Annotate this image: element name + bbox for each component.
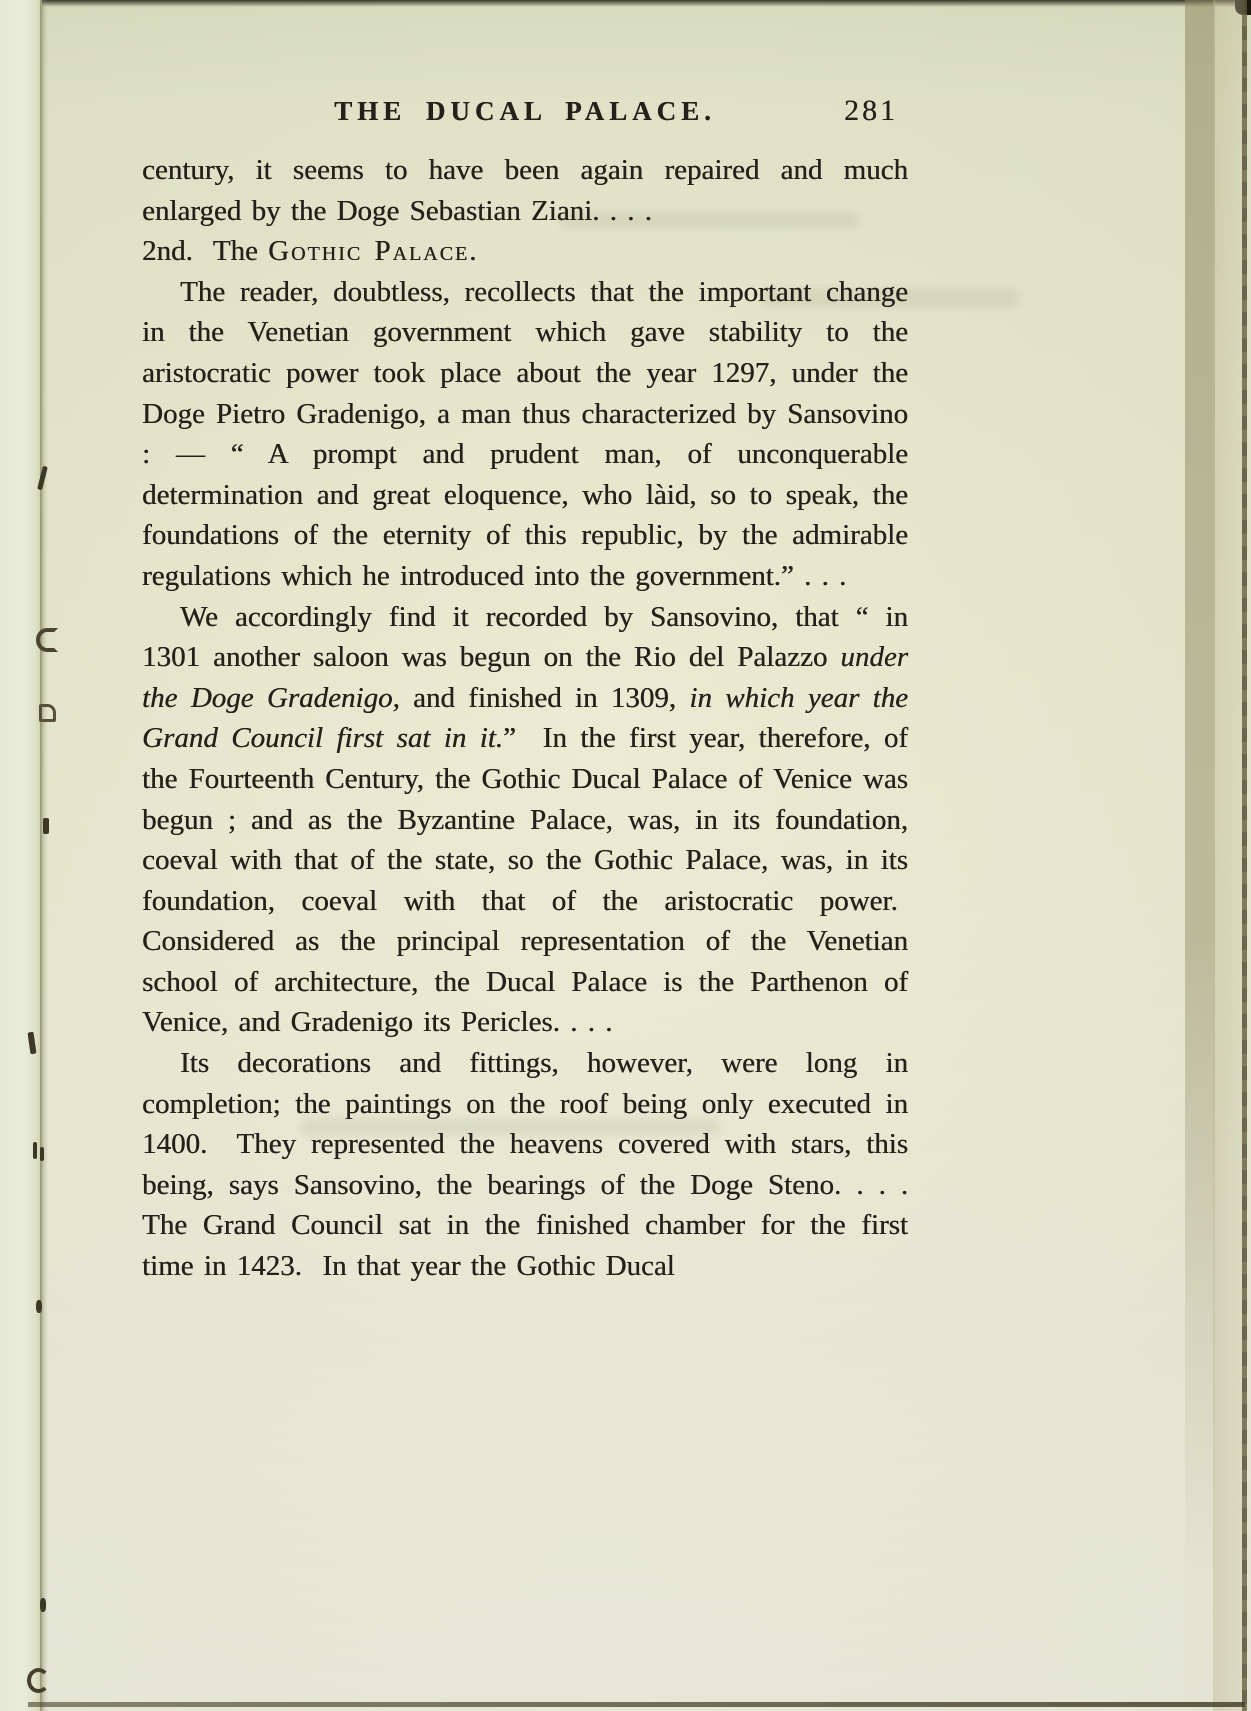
book-page: THE DUCAL PALACE. 281 century, it seems … bbox=[0, 0, 1251, 1711]
scan-bottom-edge bbox=[28, 1702, 1245, 1707]
running-head: THE DUCAL PALACE. 281 bbox=[142, 96, 908, 136]
running-title: THE DUCAL PALACE. bbox=[142, 96, 908, 127]
scan-right-edge bbox=[1242, 0, 1247, 1711]
text-segment: The reader, doubtless, recollects that t… bbox=[142, 276, 908, 592]
text-block: century, it seems to have been again rep… bbox=[142, 150, 908, 1287]
text-segment: 2nd. The bbox=[142, 235, 268, 267]
text-segment: and finished in 1309, bbox=[400, 682, 690, 714]
page-binding-edge bbox=[0, 0, 42, 1711]
paragraph: The reader, doubtless, recollects that t… bbox=[142, 272, 908, 597]
paragraph: century, it seems to have been again rep… bbox=[142, 150, 908, 231]
paragraph: 2nd. The Gothic Palace. bbox=[142, 231, 908, 272]
page-crease bbox=[40, 0, 48, 1711]
scan-mark bbox=[36, 628, 58, 652]
scan-mark bbox=[40, 1147, 44, 1161]
scan-top-edge bbox=[0, 0, 1251, 7]
scan-mark bbox=[39, 704, 56, 722]
page-stack-edge bbox=[1213, 0, 1245, 1711]
scan-mark bbox=[36, 1300, 42, 1313]
text-segment: Gothic Palace bbox=[268, 235, 469, 267]
paragraph: Its decorations and fittings, however, w… bbox=[142, 1043, 908, 1287]
text-segment: We accordingly find it recorded by Sanso… bbox=[142, 601, 908, 674]
page-number: 281 bbox=[844, 94, 898, 128]
page-stack-edge bbox=[1185, 0, 1215, 1711]
text-segment: ” In the first year, therefore, of the F… bbox=[142, 722, 908, 1038]
paragraph: We accordingly find it recorded by Sanso… bbox=[142, 597, 908, 1044]
scan-mark bbox=[40, 1598, 46, 1612]
scan-mark bbox=[27, 1668, 50, 1693]
text-segment: century, it seems to have been again rep… bbox=[142, 154, 908, 227]
text-segment: . bbox=[469, 235, 476, 267]
scan-mark bbox=[33, 1142, 37, 1159]
text-segment: Its decorations and fittings, however, w… bbox=[142, 1047, 908, 1282]
scan-mark bbox=[43, 818, 49, 834]
